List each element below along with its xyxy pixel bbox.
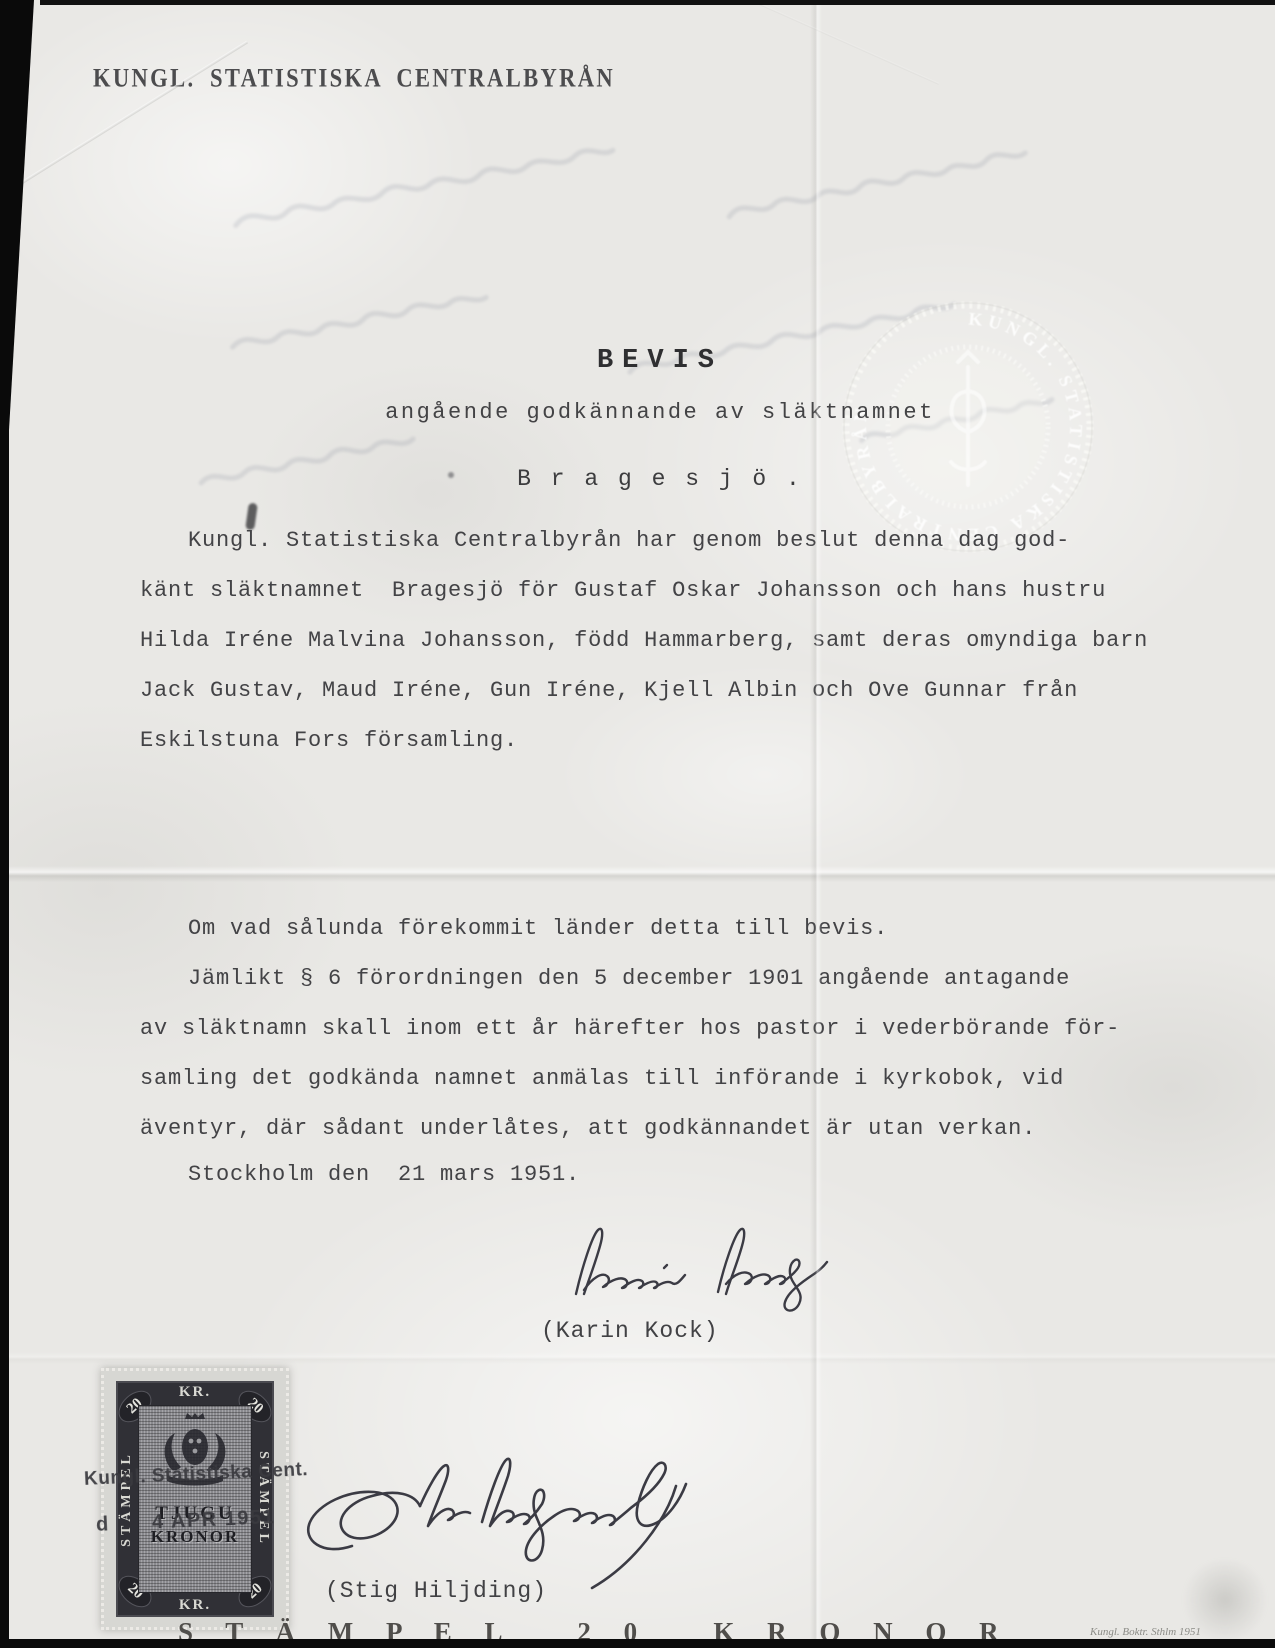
certificate-subtitle: angående godkännande av släktnamnet <box>45 400 1275 425</box>
typed-name-karin-kock: (Karin Kock) <box>541 1318 719 1344</box>
decision-paragraph: Kungl. Statistiska Centralbyrån har geno… <box>140 516 1210 766</box>
place-and-date-line: Stockholm den 21 mars 1951. <box>188 1150 580 1200</box>
legal-notice-paragraph: Om vad sålunda förekommit länder detta t… <box>140 904 1210 1154</box>
body-line: av släktnamn skall inom ett år härefter … <box>140 1004 1210 1054</box>
ink-speck <box>448 472 454 478</box>
approved-surname: B r a g e s j ö . <box>45 466 1275 492</box>
stamp-inner-panel: TJUGU KRONOR <box>138 1405 252 1593</box>
body-line: samling det godkända namnet anmälas till… <box>140 1054 1210 1104</box>
body-line: känt släktnamnet Bragesjö för Gustaf Osk… <box>140 566 1210 616</box>
revenue-stamp-frame: KR. KR. 20 20 20 20 STÄMPEL STÄMPEL <box>116 1381 274 1617</box>
scan-edge-top <box>40 0 1275 5</box>
paper-blotch <box>1180 1560 1270 1640</box>
horizontal-fold-crease-lower <box>0 1352 1275 1364</box>
vertical-fold-crease <box>810 0 822 1648</box>
scan-edge-left <box>0 0 9 1648</box>
body-line: äventyr, där sådant underlåtes, att godk… <box>140 1104 1210 1154</box>
horizontal-fold-crease <box>0 866 1275 882</box>
body-line: Hilda Iréne Malvina Johansson, född Hamm… <box>140 616 1210 666</box>
printer-mark: Kungl. Boktr. Sthlm 1951 <box>1090 1626 1201 1638</box>
body-line: Kungl. Statistiska Centralbyrån har geno… <box>140 516 1210 566</box>
typed-name-stig-hiljding: (Stig Hiljding) <box>325 1578 547 1604</box>
body-line: Jämlikt § 6 förordningen den 5 december … <box>140 954 1210 1004</box>
certificate-title: BEVIS <box>45 346 1275 376</box>
body-line: Om vad sålunda förekommit länder detta t… <box>140 904 1210 954</box>
scanned-certificate-page: KUNGL. STATISTISKA CENTRALBYRÅN KUNGL. S… <box>0 0 1275 1648</box>
revenue-stamp: KR. KR. 20 20 20 20 STÄMPEL STÄMPEL <box>101 1368 289 1630</box>
karin-kock-signature <box>566 1218 836 1333</box>
scan-edge-bottom <box>0 1639 1275 1648</box>
body-line: Eskilstuna Fors församling. <box>140 716 1210 766</box>
body-line: Jack Gustav, Maud Iréne, Gun Iréne, Kjel… <box>140 666 1210 716</box>
